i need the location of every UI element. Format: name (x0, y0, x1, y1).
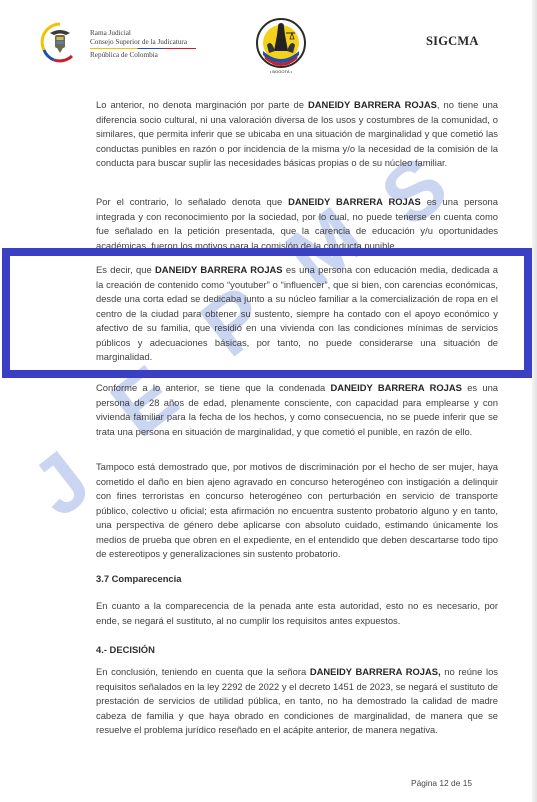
person-name: DANEIDY BARRERA ROJAS (308, 99, 437, 110)
document-header: Rama Judicial Consejo Superior de la Jud… (0, 0, 537, 90)
page-edge-shadow (532, 0, 537, 802)
section-heading-comparecencia: 3.7 Comparecencia (96, 573, 181, 584)
paragraph-conclusion: En conclusión, teniendo en cuenta que la… (96, 665, 498, 738)
person-name: DANEIDY BARRERA ROJAS, (310, 666, 441, 677)
rama-judicial-wordmark: Rama Judicial Consejo Superior de la Jud… (90, 29, 196, 60)
paragraph-highlighted-educacion-media: Es decir, que DANEIDY BARRERA ROJAS es u… (96, 263, 498, 365)
flag-colored-rule (90, 48, 196, 49)
person-name: DANEIDY BARRERA ROJAS (288, 196, 421, 207)
wordmark-line-2: Consejo Superior de la Judicatura (90, 38, 187, 46)
wordmark-line-1: Rama Judicial (90, 29, 131, 37)
colombia-coat-of-arms-icon (40, 20, 80, 64)
paragraph-no-marginacion: Lo anterior, no denota marginación por p… (96, 98, 498, 171)
person-name: DANEIDY BARRERA ROJAS (331, 382, 462, 393)
paragraph-perspectiva-genero: Tampoco está demostrado que, por motivos… (96, 460, 498, 562)
watermark-letter: J (15, 434, 107, 534)
paragraph-comparecencia: En cuanto a la comparecencia de la penad… (96, 599, 498, 628)
page-number: Página 12 de 15 (411, 778, 472, 788)
section-heading-decision: 4.- DECISIÓN (96, 644, 155, 655)
paragraph-persona-integrada: Por el contrario, lo señalado denota que… (96, 195, 498, 253)
wordmark-line-3: República de Colombia (90, 51, 158, 59)
person-name: DANEIDY BARRERA ROJAS (155, 264, 283, 275)
court-seal-justice-scales-icon: • BOGOTÁ • (255, 15, 307, 75)
svg-text:• BOGOTÁ •: • BOGOTÁ • (270, 69, 293, 74)
paragraph-conforme-anterior: Conforme a lo anterior, se tiene que la … (96, 381, 498, 439)
system-name: SIGCMA (426, 34, 479, 49)
